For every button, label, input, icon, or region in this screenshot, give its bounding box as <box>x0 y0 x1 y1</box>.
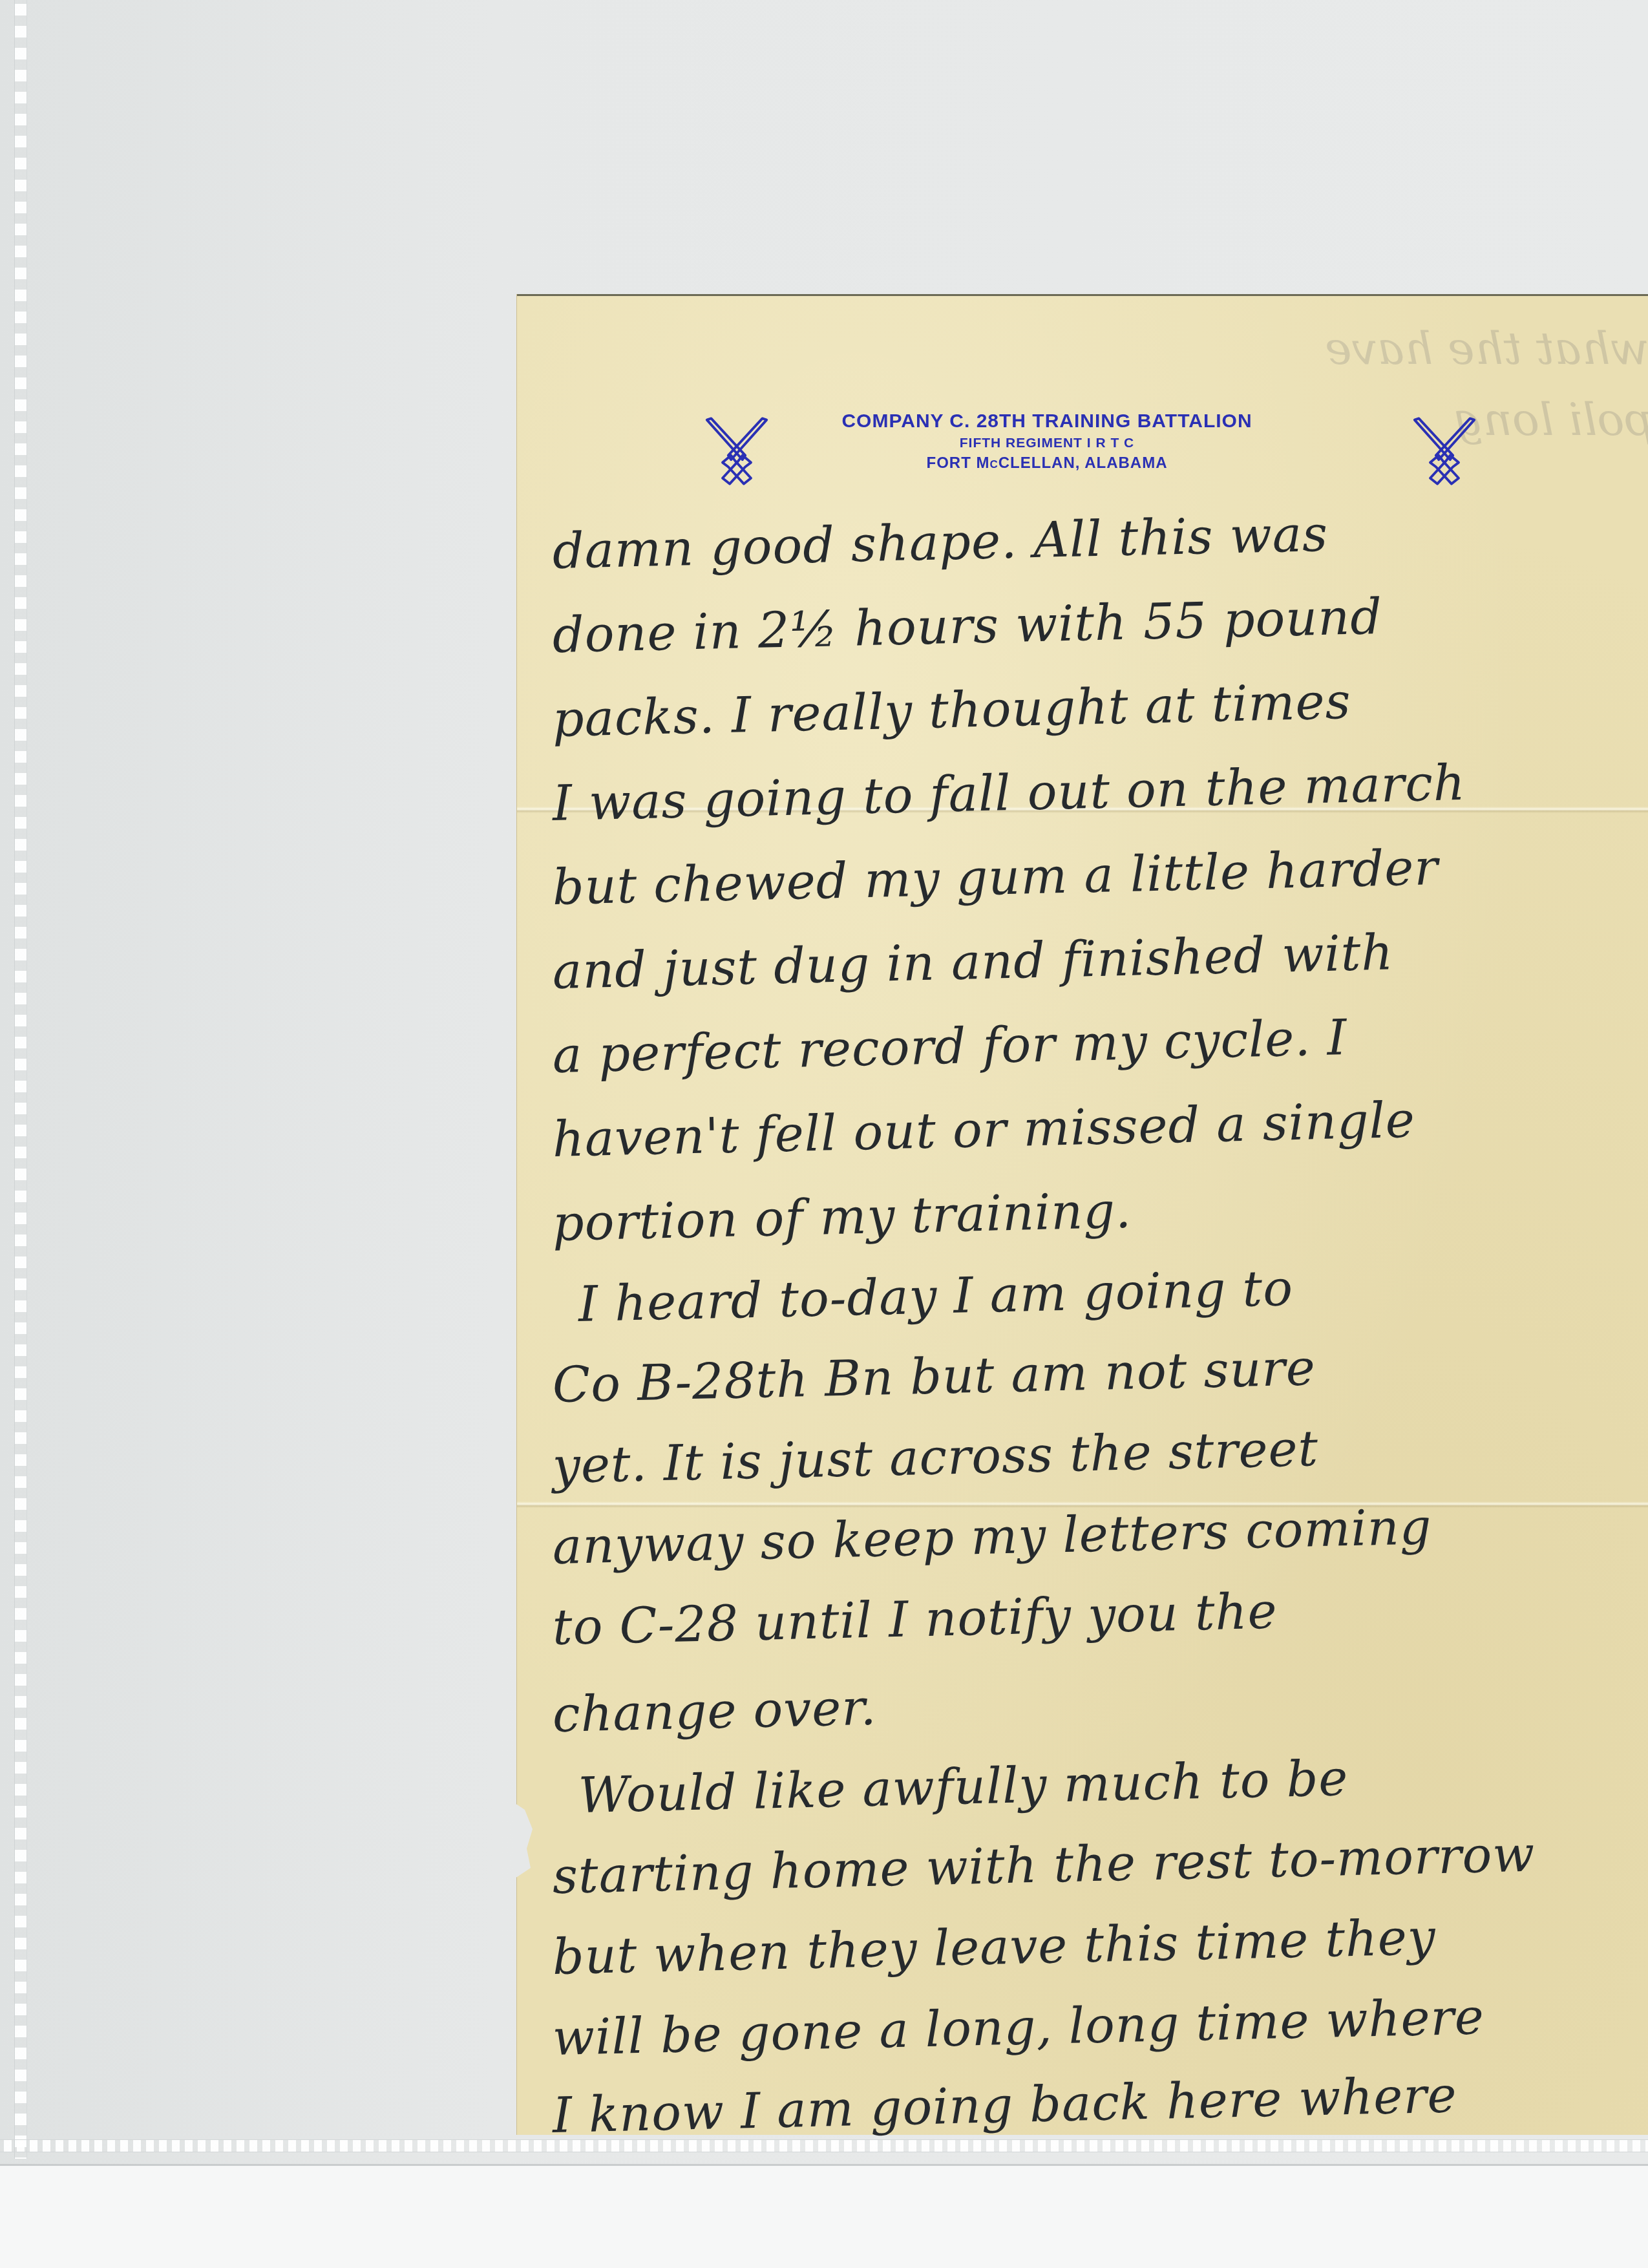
crossed-rifles-icon <box>701 416 772 487</box>
letter-line: damn good shape. All this was <box>552 498 1645 580</box>
letter-line: yet. It is just across the street <box>552 1412 1645 1494</box>
letter-line: I was going to fall out on the march <box>552 750 1645 832</box>
letter-line: I heard to-day I am going to <box>578 1251 1648 1333</box>
letter-line: a perfect record for my cycle. I <box>552 1002 1645 1084</box>
letter-line: but chewed my gum a little harder <box>552 834 1645 916</box>
sleeve-perforation-left <box>14 0 27 2159</box>
letter-page: of heat I said we what the have poli lon… <box>517 294 1648 2135</box>
letter-line: I know I am going back here where <box>552 2062 1645 2144</box>
letter-line: Co B-28th Bn but am not sure <box>552 1331 1645 1414</box>
letterhead-text: COMPANY C. 28TH TRAINING BATTALION FIFTH… <box>814 409 1280 474</box>
letter-line: to C-28 until I notify you the <box>552 1574 1645 1656</box>
letter-line: packs. I really thought at times <box>552 666 1645 748</box>
letter-line: and just dug in and finished with <box>552 918 1645 1000</box>
letter-line: done in 2½ hours with 55 pound <box>552 582 1645 664</box>
letter-line: change over. <box>552 1661 1645 1743</box>
letter-line: portion of my training. <box>552 1170 1645 1252</box>
letter-line: will be gone a long, long time where <box>552 1984 1645 2066</box>
letter-line: Would like awfully much to be <box>578 1742 1648 1824</box>
letterhead-unit: COMPANY C. 28TH TRAINING BATTALION <box>814 409 1280 434</box>
letterhead-location: FORT McCLELLAN, ALABAMA <box>814 453 1280 474</box>
bleed-through-text: of heat I said we what the have <box>1325 322 1648 375</box>
letterhead: COMPANY C. 28TH TRAINING BATTALION FIFTH… <box>517 409 1648 500</box>
letter-line: but when they leave this time they <box>552 1903 1645 1986</box>
letter-line: starting home with the rest to-morrow <box>552 1823 1645 1905</box>
letter-line: haven't fell out or missed a single <box>552 1086 1645 1168</box>
letterhead-regiment: FIFTH REGIMENT I R T C <box>814 434 1280 453</box>
sleeve-perforation-bottom <box>0 2139 1648 2152</box>
scanner-background <box>0 2166 1648 2268</box>
torn-edge <box>513 1802 533 1880</box>
crossed-rifles-icon <box>1409 416 1480 487</box>
